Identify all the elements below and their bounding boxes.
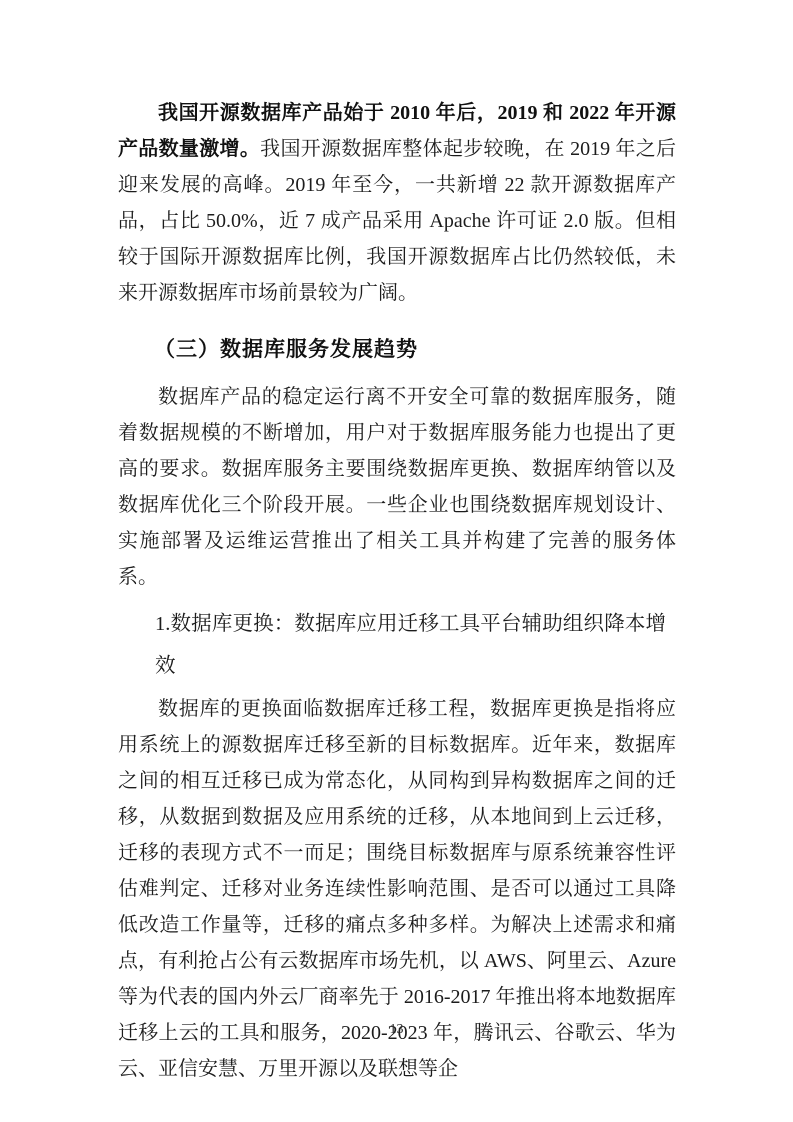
subsection-heading-database-replacement: 1.数据库更换：数据库应用迁移工具平台辅助组织降本增效 — [118, 603, 676, 687]
paragraph-database-service-overview: 数据库产品的稳定运行离不开安全可靠的数据库服务，随着数据规模的不断增加，用户对于… — [118, 379, 676, 595]
section-heading-database-service-trends: （三）数据库服务发展趋势 — [118, 329, 676, 369]
page-number: 13 — [0, 1020, 793, 1040]
paragraph-rest-text: 我国开源数据库整体起步较晚，在 2019 年之后迎来发展的高峰。2019 年至今… — [118, 138, 676, 304]
page-content: 我国开源数据库产品始于 2010 年后，2019 和 2022 年开源产品数量激… — [118, 95, 676, 1087]
paragraph-open-source-products: 我国开源数据库产品始于 2010 年后，2019 和 2022 年开源产品数量激… — [118, 95, 676, 311]
document-page: 我国开源数据库产品始于 2010 年后，2019 和 2022 年开源产品数量激… — [0, 0, 793, 1122]
